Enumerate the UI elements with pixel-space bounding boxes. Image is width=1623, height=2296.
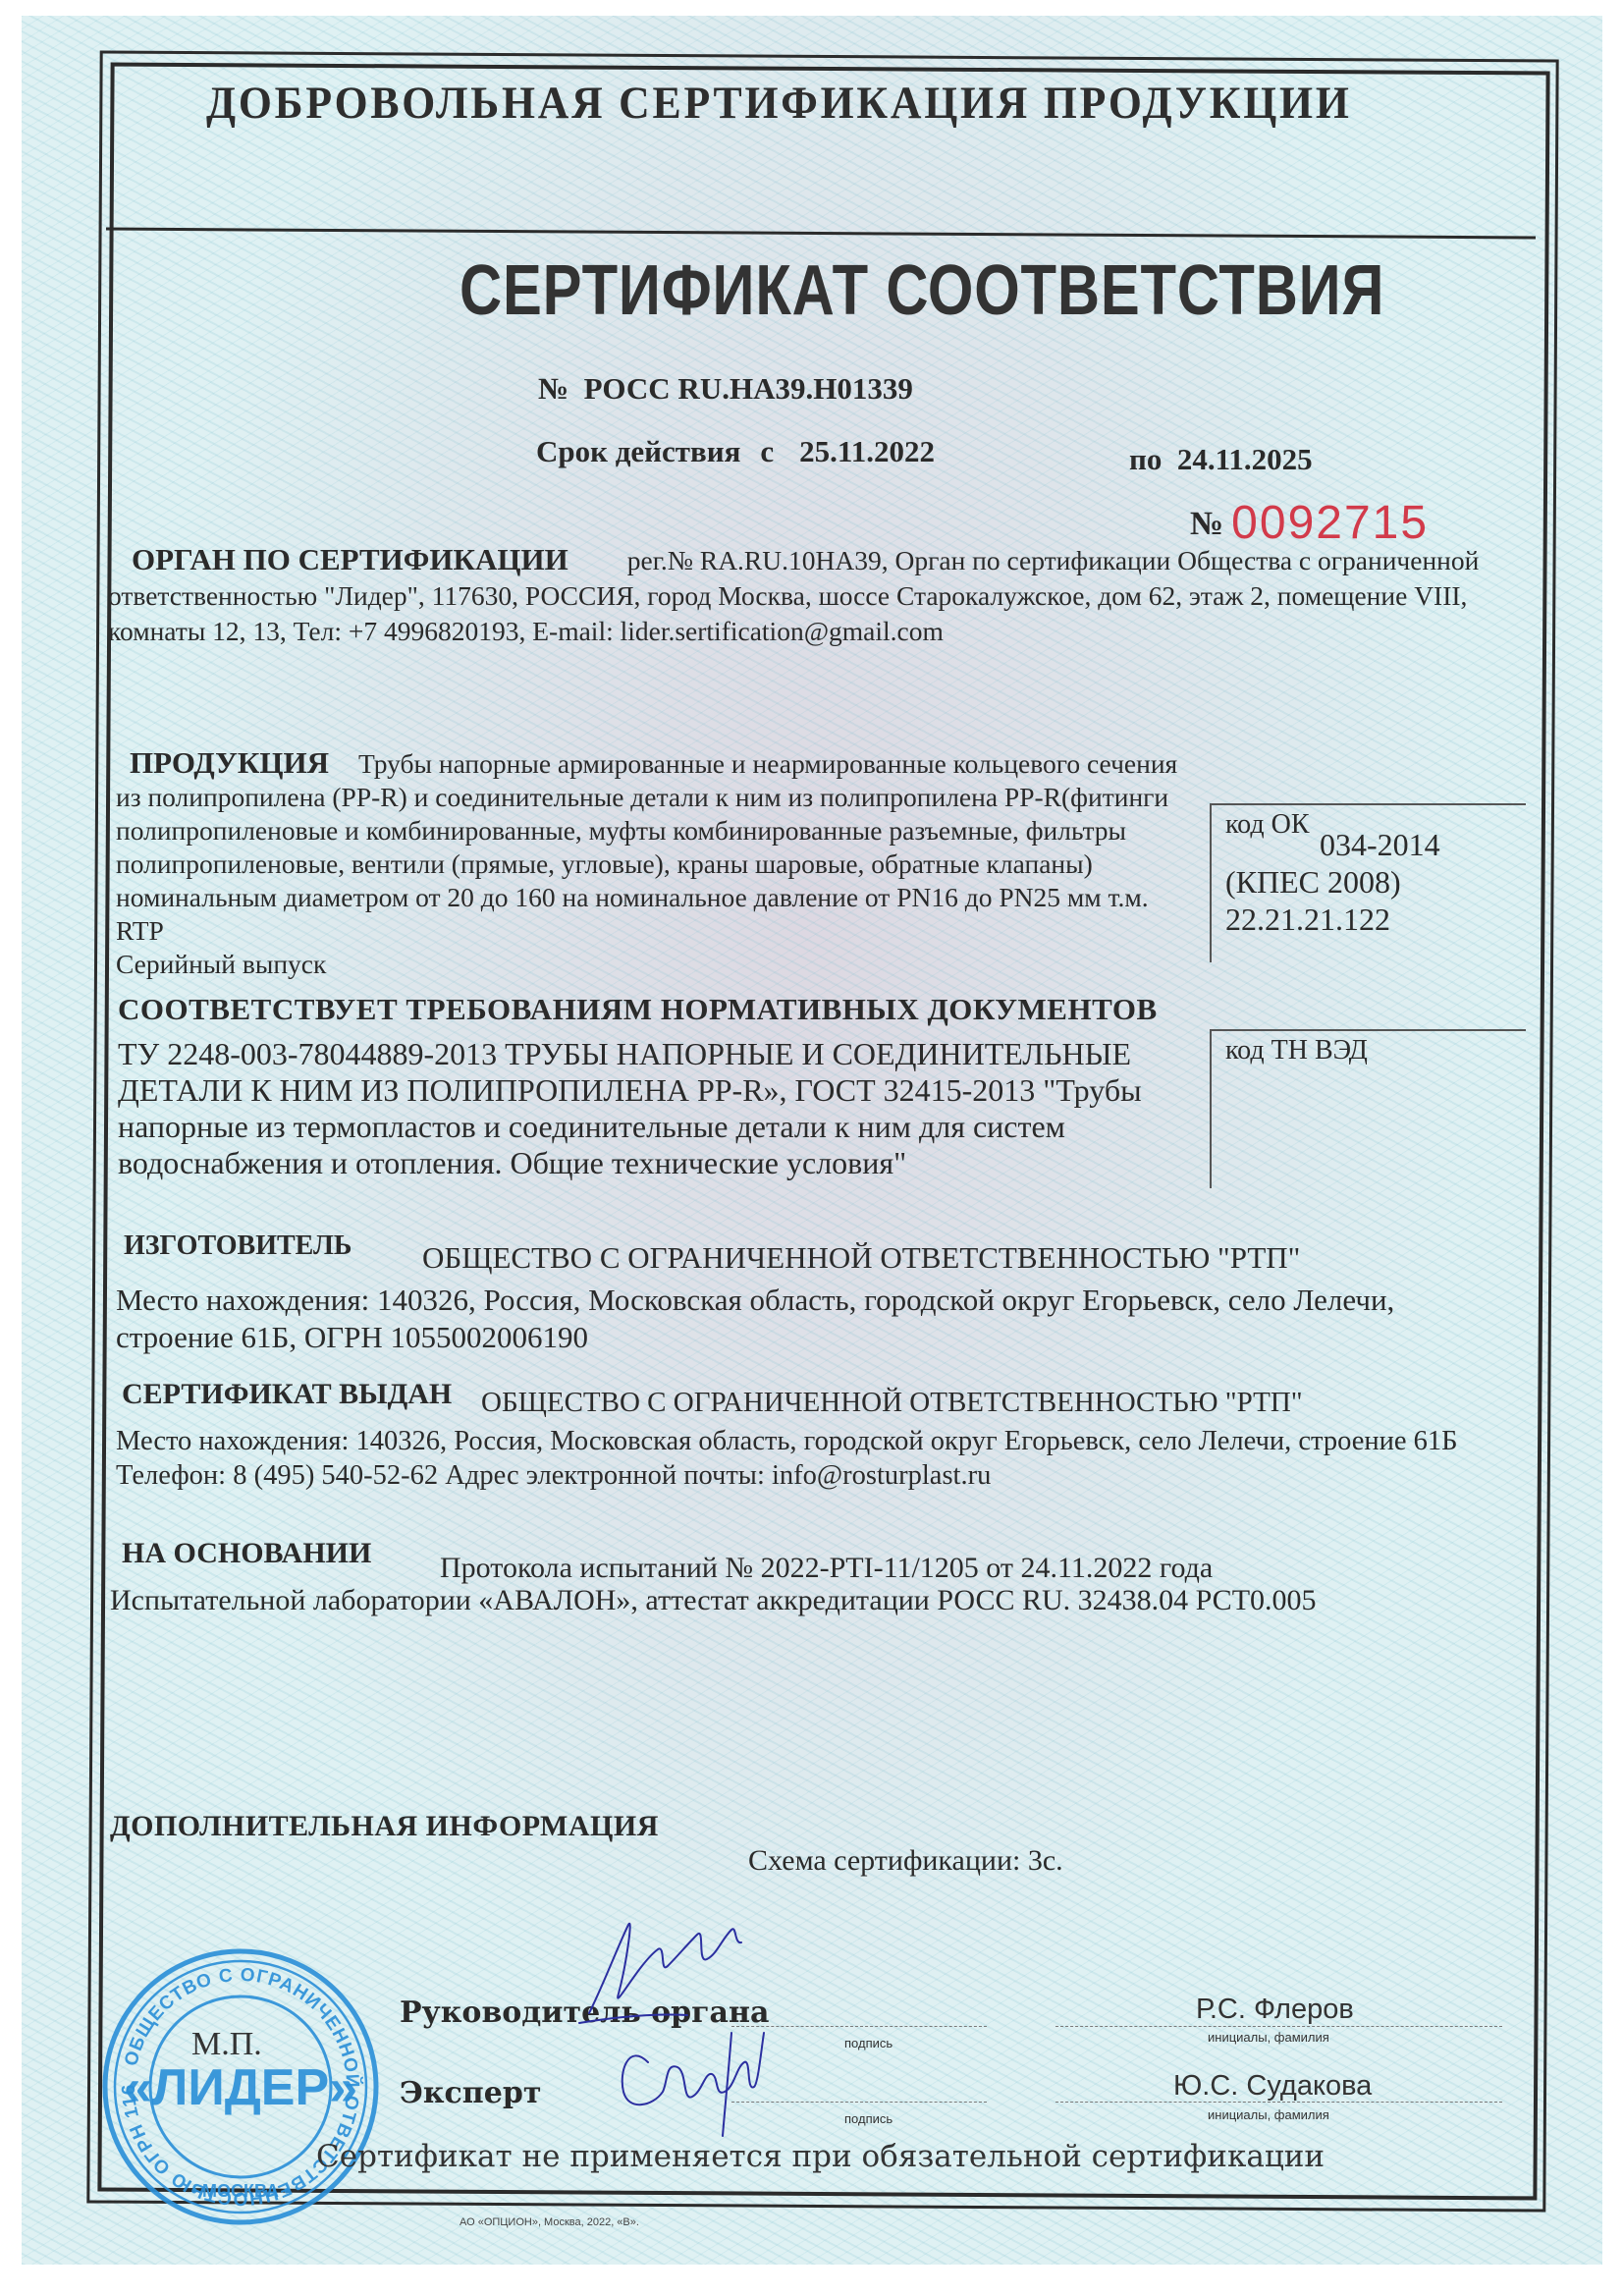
basis-laboratory: Испытательной лаборатории «АВАЛОН», атте… — [110, 1584, 1317, 1617]
manufacturer-address: Место нахождения: 140326, Россия, Москов… — [116, 1282, 1471, 1356]
lider-stamp-icon: ОБЩЕСТВО С ОГРАНИЧЕННОЙ ОТВЕТСТВЕННОСТЬЮ… — [93, 1940, 388, 2234]
ok-code-label: код ОК — [1225, 809, 1310, 841]
issued-to-address-block: Место нахождения: 140326, Россия, Москов… — [116, 1424, 1471, 1493]
validity-to-date: 24.11.2025 — [1177, 442, 1313, 476]
expert-label: Эксперт — [400, 2076, 541, 2110]
head-name-line — [1055, 2026, 1502, 2027]
svg-text:«ЛИДЕР»: «ЛИДЕР» — [124, 2059, 357, 2116]
issued-to-heading: СЕРТИФИКАТ ВЫДАН — [122, 1378, 452, 1411]
basis-test-protocol: Протокола испытаний № 2022-PTI-11/1205 о… — [440, 1552, 1213, 1585]
validity-to-label: по — [1129, 442, 1162, 476]
ok-code-standard: 034-2014 — [1320, 827, 1440, 863]
tnved-code-label: код ТН ВЭД — [1225, 1035, 1368, 1066]
manufacturer-heading: ИЗГОТОВИТЕЛЬ — [124, 1230, 352, 1262]
number-sign: № — [538, 371, 568, 406]
certificate-title: СЕРТИФИКАТ СООТВЕТСТВИЯ — [460, 250, 1384, 331]
basis-heading: НА ОСНОВАНИИ — [122, 1537, 371, 1570]
issued-to-address: Место нахождения: 140326, Россия, Москов… — [116, 1424, 1471, 1458]
certificate-number: № РОСС RU.НА39.Н01339 — [538, 371, 913, 407]
conformity-heading: СООТВЕТСТВУЕТ ТРЕБОВАНИЯМ НОРМАТИВНЫХ ДО… — [118, 992, 1158, 1027]
expert-name-caption: инициалы, фамилия — [1208, 2107, 1329, 2122]
seal-place-label: М.П. — [191, 2026, 262, 2063]
printer-imprint: АО «ОПЦИОН», Москва, 2022, «В». — [460, 2216, 639, 2228]
validity-from-date: 25.11.2022 — [799, 434, 935, 468]
additional-info-heading: ДОПОЛНИТЕЛЬНАЯ ИНФОРМАЦИЯ — [110, 1810, 659, 1843]
blank-number-sign: № — [1190, 506, 1223, 542]
validity-label: Срок действия — [536, 434, 740, 468]
certification-body-section: ОРГАН ПО СЕРТИФИКАЦИИрег.№ RA.RU.10НА39,… — [108, 542, 1502, 649]
issued-to-name: ОБЩЕСТВО С ОГРАНИЧЕННОЙ ОТВЕТСТВЕННОСТЬЮ… — [481, 1387, 1303, 1419]
product-release-type: Серийный выпуск — [116, 948, 1196, 981]
head-name: Р.С. Флеров — [1196, 1994, 1354, 2026]
voluntary-certification-title: ДОБРОВОЛЬНАЯ СЕРТИФИКАЦИЯ ПРОДУКЦИИ — [206, 77, 1352, 130]
head-signature-caption: подпись — [844, 2036, 893, 2050]
expert-name: Ю.С. Судакова — [1173, 2070, 1372, 2103]
handwritten-signatures-icon — [550, 1905, 844, 2141]
product-heading: ПРОДУКЦИЯ — [130, 745, 329, 780]
certificate-number-value: РОСС RU.НА39.Н01339 — [584, 371, 913, 406]
conformity-documents: ТУ 2248-003-78044889-2013 ТРУБЫ НАПОРНЫЕ… — [118, 1036, 1159, 1181]
mandatory-certification-disclaimer: Сертификат не применяется при обязательн… — [316, 2139, 1325, 2174]
head-name-caption: инициалы, фамилия — [1208, 2030, 1329, 2045]
ok-code-classifier: (КПЕС 2008) — [1225, 864, 1401, 901]
tnved-code-box: код ТН ВЭД — [1210, 1029, 1526, 1188]
issued-to-contacts: Телефон: 8 (495) 540-52-62 Адрес электро… — [116, 1458, 1471, 1493]
validity-period: Срок действияс25.11.2022 — [536, 434, 935, 469]
ok-code-value: 22.21.21.122 — [1225, 902, 1390, 938]
manufacturer-name: ОБЩЕСТВО С ОГРАНИЧЕННОЙ ОТВЕТСТВЕННОСТЬЮ… — [422, 1240, 1300, 1276]
svg-text:• МОСКВА •: • МОСКВА • — [191, 2181, 291, 2201]
product-section: ПРОДУКЦИЯТрубы напорные армированные и н… — [116, 746, 1196, 981]
certification-body-heading: ОРГАН ПО СЕРТИФИКАЦИИ — [132, 542, 568, 576]
certification-scheme: Схема сертификации: 3с. — [748, 1844, 1063, 1878]
validity-from-label: с — [760, 434, 774, 468]
ok-code-box: код ОК 034-2014 (КПЕС 2008) 22.21.21.122 — [1210, 803, 1526, 962]
validity-to: по 24.11.2025 — [1129, 442, 1313, 477]
expert-signature-caption: подпись — [844, 2111, 893, 2126]
